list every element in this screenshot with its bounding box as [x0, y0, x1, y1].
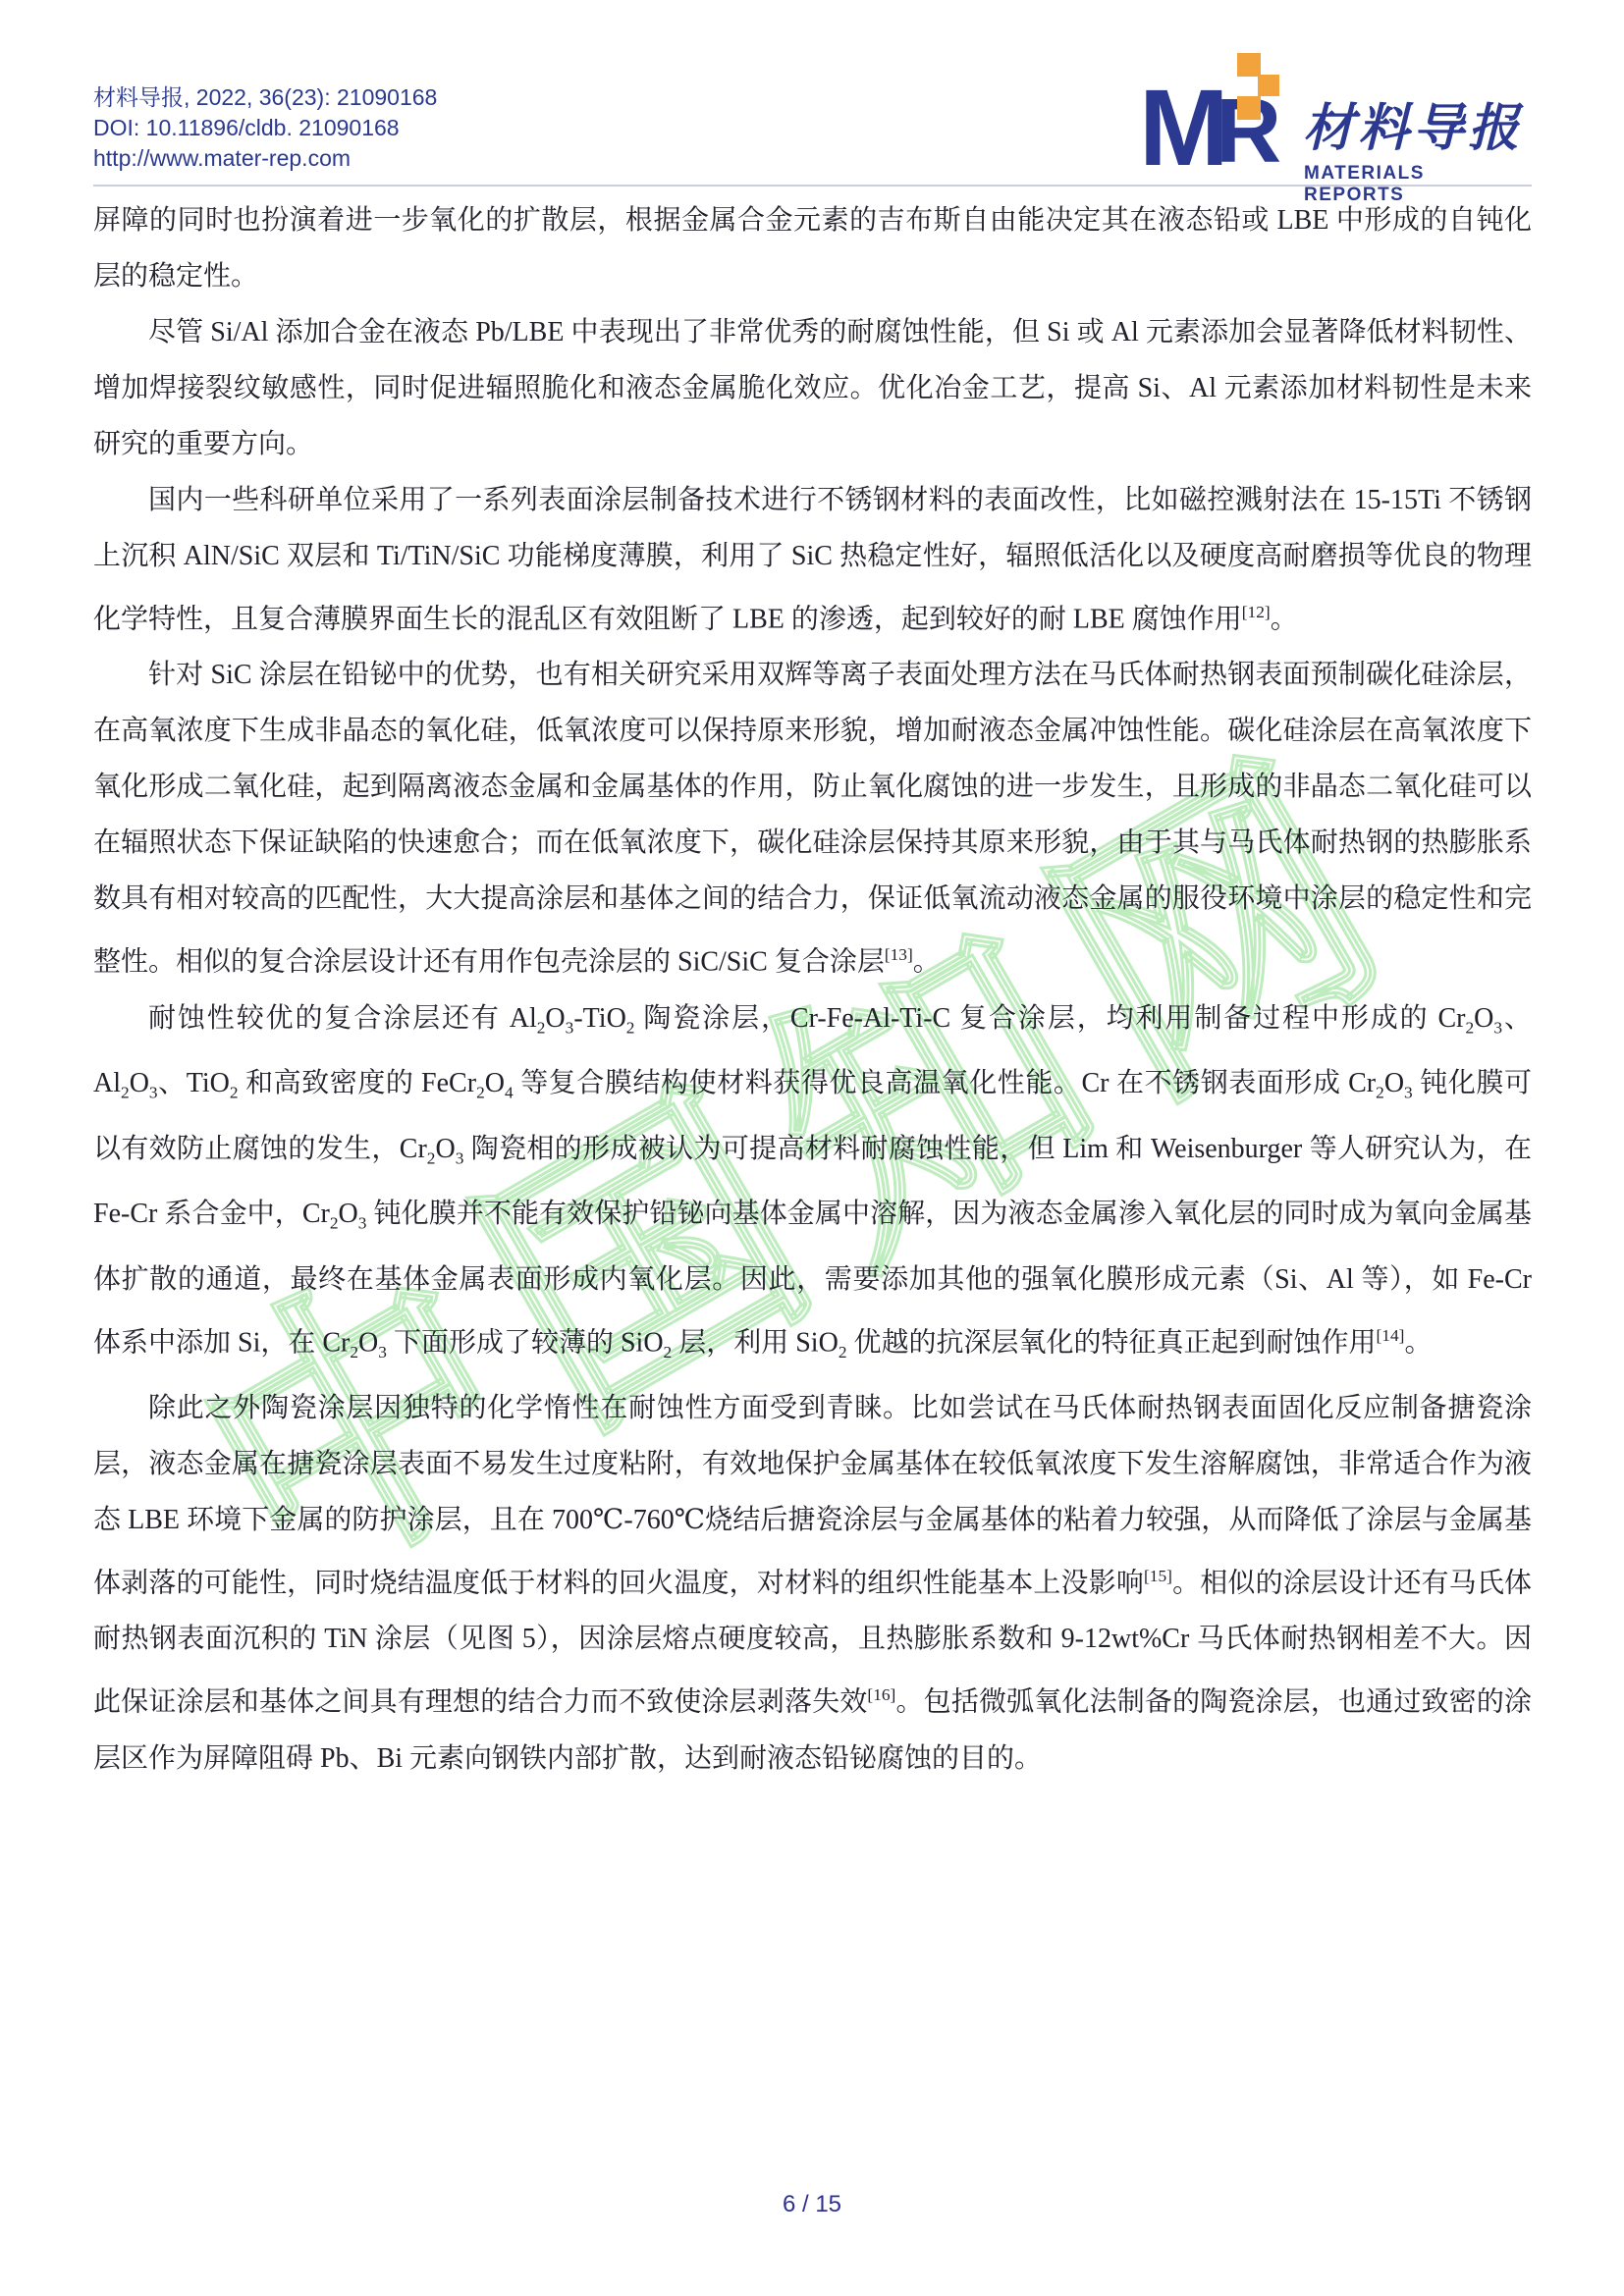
logo-orange-square-icon [1237, 53, 1261, 77]
publication-info: 材料导报, 2022, 36(23): 21090168 DOI: 10.118… [93, 82, 437, 174]
paragraph: 除此之外陶瓷涂层因独特的化学惰性在耐蚀性方面受到青睐。比如尝试在马氏体耐热钢表面… [93, 1380, 1532, 1787]
article-body: 屏障的同时也扮演着进一步氧化的扩散层，根据金属合金元素的吉布斯自由能决定其在液态… [93, 192, 1532, 1787]
paragraph: 国内一些科研单位采用了一系列表面涂层制备技术进行不锈钢材料的表面改性，比如磁控溅… [93, 472, 1532, 647]
journal-article-page: 材料导报, 2022, 36(23): 21090168 DOI: 10.118… [0, 0, 1624, 2296]
journal-logo: M R 材料导报 MATERIALS REPORTS [1139, 53, 1532, 200]
doi-line: DOI: 10.11896/cldb. 21090168 [93, 113, 437, 143]
header-divider [93, 185, 1532, 187]
paragraph: 屏障的同时也扮演着进一步氧化的扩散层，根据金属合金元素的吉布斯自由能决定其在液态… [93, 192, 1532, 304]
paragraph: 针对 SiC 涂层在铅铋中的优势，也有相关研究采用双辉等离子表面处理方法在马氏体… [93, 647, 1532, 989]
citation-line: 材料导报, 2022, 36(23): 21090168 [93, 82, 437, 113]
journal-url[interactable]: http://www.mater-rep.com [93, 143, 437, 174]
paragraph: 耐蚀性较优的复合涂层还有 Al2O3-TiO2 陶瓷涂层，Cr-Fe-Al-Ti… [93, 990, 1532, 1380]
journal-name-chinese: 材料导报 [1303, 104, 1523, 155]
logo-orange-square-icon [1258, 75, 1279, 96]
paragraph: 尽管 Si/Al 添加合金在液态 Pb/LBE 中表现出了非常优秀的耐腐蚀性能，… [93, 304, 1532, 472]
logo-orange-square-icon [1237, 96, 1261, 120]
page-header: 材料导报, 2022, 36(23): 21090168 DOI: 10.118… [93, 82, 1532, 174]
page-number: 6 / 15 [0, 2191, 1624, 2218]
